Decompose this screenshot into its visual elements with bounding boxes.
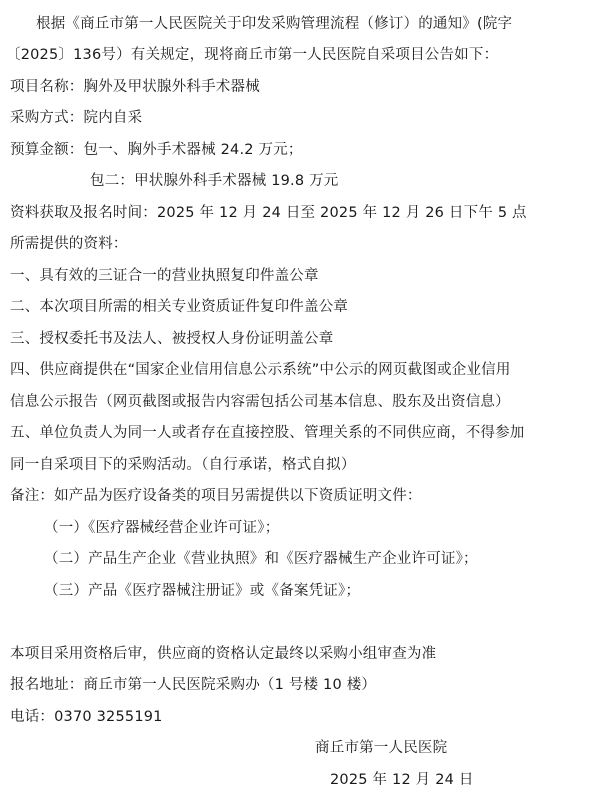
budget-package-1: 包一、胸外手术器械 24.2 万元；	[84, 142, 303, 158]
project-name: 项目名称：胸外及甲状腺外科手术器械	[10, 77, 260, 97]
signature-date: 2025 年 12 月 24 日	[330, 770, 474, 790]
budget-label: 预算金额：	[10, 142, 84, 158]
required-document-item: 同一自采项目下的采购活动。（自行承诺，格式自拟）	[10, 455, 356, 475]
procurement-method-value: 院内自采	[84, 110, 143, 126]
registration-address-value: 商丘市第一人民医院采购办（1 号楼 10 楼）	[84, 677, 377, 693]
remarks-item: （一）《医疗器械经营企业许可证》；	[44, 518, 279, 538]
procurement-method-label: 采购方式：	[10, 110, 84, 126]
registration-address: 报名地址：商丘市第一人民医院采购办（1 号楼 10 楼）	[10, 675, 376, 695]
procurement-method: 采购方式：院内自采	[10, 108, 142, 128]
phone-label: 电话：	[10, 709, 54, 725]
required-documents-heading: 所需提供的资料：	[10, 234, 128, 254]
required-document-item: 三、授权委托书及法人、被授权人身份证明盖公章	[10, 329, 333, 349]
project-name-value: 胸外及甲状腺外科手术器械	[84, 79, 260, 95]
required-document-item: 五、单位负责人为同一人或者存在直接控股、管理关系的不同供应商，不得参加	[10, 423, 525, 443]
remarks-item: （二）产品生产企业《营业执照》和《医疗器械生产企业许可证》；	[44, 549, 478, 569]
remarks-heading: 备注：如产品为医疗设备类的项目另需提供以下资质证明文件：	[10, 486, 422, 506]
qualification-review: 本项目采用资格后审，供应商的资格认定最终以采购小组审查为准	[10, 644, 436, 664]
phone: 电话：0370 3255191	[10, 707, 163, 727]
intro-line-1: 根据《商丘市第一人民医院关于印发采购管理流程（修订）的通知》(院字	[36, 14, 512, 34]
registration-time: 资料获取及报名时间：2025 年 12 月 24 日至 2025 年 12 月 …	[10, 203, 527, 223]
signature-organization: 商丘市第一人民医院	[315, 738, 447, 758]
procurement-notice-document: 根据《商丘市第一人民医院关于印发采购管理流程（修订）的通知》(院字 〔2025〕…	[0, 0, 606, 795]
registration-time-label: 资料获取及报名时间：	[10, 205, 157, 221]
budget-package-2: 包二：甲状腺外科手术器械 19.8 万元	[90, 171, 339, 191]
budget: 预算金额：包一、胸外手术器械 24.2 万元；	[10, 140, 303, 160]
phone-value: 0370 3255191	[54, 709, 163, 725]
project-name-label: 项目名称：	[10, 79, 84, 95]
required-document-item: 二、本次项目所需的相关专业资质证件复印件盖公章	[10, 297, 348, 317]
required-document-item: 一、具有效的三证合一的营业执照复印件盖公章	[10, 266, 319, 286]
intro-line-2: 〔2025〕136号）有关规定，现将商丘市第一人民医院自采项目公告如下：	[6, 45, 498, 65]
registration-address-label: 报名地址：	[10, 677, 84, 693]
remarks-item: （三）产品《医疗器械注册证》或《备案凭证》；	[44, 581, 360, 601]
required-document-item: 四、供应商提供在“国家企业信用信息公示系统”中公示的网页截图或企业信用	[10, 360, 511, 380]
required-document-item: 信息公示报告（网页截图或报告内容需包括公司基本信息、股东及出资信息）	[10, 392, 510, 412]
registration-time-value: 2025 年 12 月 24 日至 2025 年 12 月 26 日下午 5 点	[157, 205, 527, 221]
